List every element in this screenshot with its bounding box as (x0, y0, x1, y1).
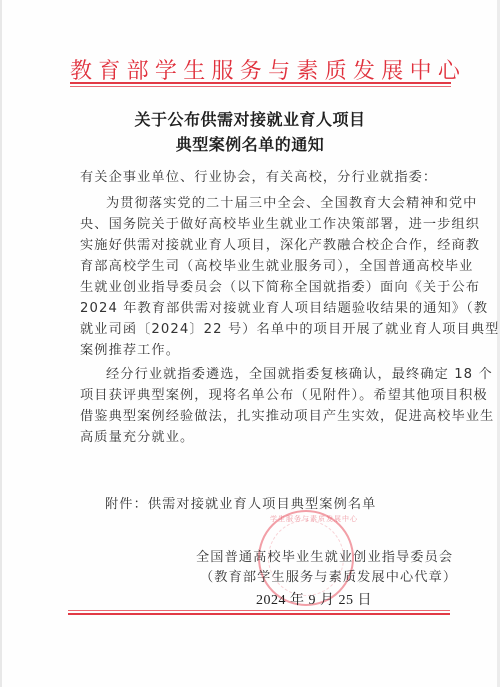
paragraph-line: 央、国务院关于做好高校毕业生就业工作决策部署，进一步组织 (80, 214, 446, 235)
notice-title-line2: 典型案例名单的通知 (0, 132, 500, 155)
letterhead-rule-thick (70, 82, 451, 84)
paragraph-line: 借鉴典型案例经验做法，扎实推动项目产生实效，促进高校毕业生 (80, 406, 446, 427)
paragraph-line: 育部高校学生司（高校毕业生就业服务司），全国普通高校毕业 (80, 256, 446, 277)
salutation: 有关企事业单位、行业协会，有关高校，分行业就指委： (80, 167, 446, 188)
official-seal-text: 学生服务与素质发展中心 (270, 514, 342, 524)
footer-rule-thin (68, 610, 450, 611)
paragraph-line: 高质量充分就业。 (80, 427, 446, 448)
footer-rule-thick (68, 613, 450, 615)
scan-edge-left (0, 0, 2, 687)
paragraph-line: 项目获评典型案例，现将名单公布（见附件）。希望其他项目积极 (80, 385, 446, 406)
notice-title-line1: 关于公布供需对接就业育人项目 (0, 107, 500, 130)
letterhead-org-name: 教育部学生服务与素质发展中心 (70, 54, 450, 85)
document-page: 教育部学生服务与素质发展中心 关于公布供需对接就业育人项目 典型案例名单的通知 … (0, 0, 500, 687)
paragraph-line: 为贯彻落实党的二十届三中全会、全国教育大会精神和党中 (80, 193, 446, 214)
letterhead-rule-thin (70, 86, 451, 87)
salutation-text: 有关企事业单位、行业协会，有关高校，分行业就指委： (80, 167, 446, 188)
seal-note: （教育部学生服务与素质发展中心代章） (200, 566, 457, 585)
attachment-note: 附件：供需对接就业育人项目典型案例名单 (105, 493, 376, 512)
paragraph-line: 就业司函〔2024〕22 号）名单中的项目开展了就业育人项目典型 (80, 319, 446, 340)
paragraph-2: 经分行业就指委遴选，全国就指委复核确认，最终确定 18 个 项目获评典型案例，现… (80, 364, 446, 448)
issuer-name: 全国普通高校毕业生就业创业指导委员会 (196, 546, 453, 565)
paragraph-line: 案例推荐工作。 (80, 340, 446, 361)
paragraph-line: 经分行业就指委遴选，全国就指委复核确认，最终确定 18 个 (80, 364, 446, 385)
paragraph-line: 生就业创业指导委员会（以下简称全国就指委）面向《关于公布 (80, 277, 446, 298)
issue-date: 2024 年 9 月 25 日 (256, 589, 372, 609)
paragraph-line: 实施好供需对接就业育人项目，深化产教融合校企合作，经商教 (80, 235, 446, 256)
paragraph-line: 2024 年教育部供需对接就业育人项目结题验收结果的通知》（教 (80, 298, 446, 319)
paragraph-1: 为贯彻落实党的二十届三中全会、全国教育大会精神和党中 央、国务院关于做好高校毕业… (80, 193, 446, 361)
